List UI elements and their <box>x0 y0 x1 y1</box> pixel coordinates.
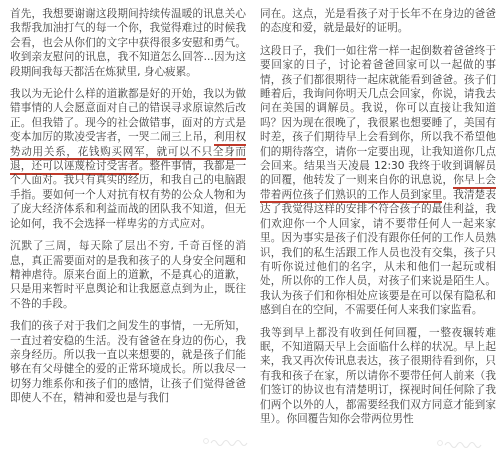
paragraph: 首先，我想要谢谢这段期间持续传温暖的讯息关心我帮我加油打气的每一个你，我觉得难过… <box>10 7 246 79</box>
text-segment: 同在。这点，光是看孩子对于长年不在身边的爸爸的态度和爱，就是最好的证明。 <box>260 8 496 34</box>
text-segment: 这段日子，我们一如往常一样一起倒数着爸爸终于要回家的日子，讨论着爸爸回家可以一起… <box>260 45 496 187</box>
text-segment: 。我清楚表达了我觉得这样的安排不符合孩子的最佳利益，我们欢迎你一个人回家，请不要… <box>260 189 496 316</box>
paragraph: 沉默了三周，每天除了层出不穷, 千奇百怪的消息，真正需要面对的是我和孩子的人身安… <box>10 239 246 311</box>
apology-letter-document: 首先，我想要谢谢这段期间持续传温暖的讯息关心我帮我加油打气的每一个你，我觉得难过… <box>0 0 500 451</box>
text-column-left: 首先，我想要谢谢这段期间持续传温暖的讯息关心我帮我加油打气的每一个你，我觉得难过… <box>10 7 246 451</box>
text-segment: 我以为无论什么样的道歉都是好的开始，我以为做错事情的人会愿意面对自己的错误寻求原… <box>10 88 246 143</box>
paragraph: 这段日子，我们一如往常一样一起倒数着爸爸终于要回家的日子，讨论着爸爸回家可以一起… <box>260 44 496 318</box>
paragraph: 我等到早上都没有收到任何回覆，一整夜辗转难眠，不知道隔天早上会面临什么样的状况。… <box>260 326 496 427</box>
paragraph: 我们的孩子对于我们之间发生的事情，一无所知，一直过着安稳的生活。没有爸爸在身边的… <box>10 319 246 405</box>
text-column-right: 同在。这点，光是看孩子对于长年不在身边的爸爸的态度和爱，就是最好的证明。这段日子… <box>260 7 496 451</box>
paragraph: 同在。这点，光是看孩子对于长年不在身边的爸爸的态度和爱，就是最好的证明。 <box>260 7 496 36</box>
text-segment: 我们的孩子对于我们之间发生的事情，一无所知，一直过着安稳的生活。没有爸爸在身边的… <box>10 320 246 404</box>
text-segment: 我等到早上都没有收到任何回覆，一整夜辗转难眠，不知道隔天早上会面临什么样的状况。… <box>260 327 496 425</box>
paragraph: 我以为无论什么样的道歉都是好的开始，我以为做错事情的人会愿意面对自己的错误寻求原… <box>10 87 246 231</box>
text-segment: 首先，我想要谢谢这段期间持续传温暖的讯息关心我帮我加油打气的每一个你，我觉得难过… <box>10 8 246 78</box>
text-segment: 沉默了三周，每天除了层出不穷, 千奇百怪的消息，真正需要面对的是我和孩子的人身安… <box>10 240 246 310</box>
